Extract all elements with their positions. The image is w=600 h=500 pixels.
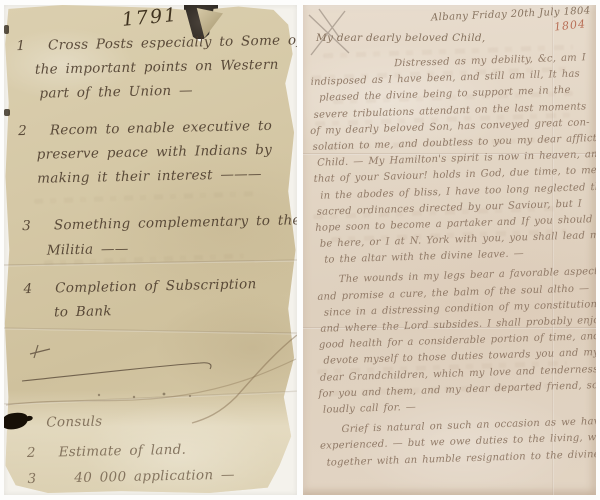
manuscript-line: 1 Cross Posts especially to Some of [16,32,297,54]
letter-body: Distressed as my debility, &c, am I indi… [308,51,596,473]
manuscript-line: Militia —— [47,241,129,259]
left-manuscript-text: 1791 1 Cross Posts especially to Some of… [4,5,297,495]
manuscript-line: the important points on Western [35,57,279,78]
manuscript-line: to Bank [54,303,112,320]
photo-collage: 1791 1 Cross Posts especially to Some of… [0,0,600,500]
manuscript-line: 2 Recom to enable executive to [18,118,272,139]
letter-salutation: My dear dearly beloved Child, [316,32,486,44]
manuscript-line: 4 Completion of Subscription [23,276,256,297]
manuscript-line: part of the Union — [39,82,193,101]
manuscript-line: preserve peace with Indians by [37,142,273,163]
manuscript-line: Consuls [46,413,102,430]
right-manuscript-photo: Albany Friday 20th July 1804 1804 My dea… [303,5,596,495]
manuscript-year: 1791 [121,5,179,31]
left-manuscript-photo: 1791 1 Cross Posts especially to Some of… [4,5,297,495]
manuscript-line: 3 40 000 application — [27,467,235,487]
manuscript-line: making it their interest ——— [37,166,262,187]
manuscript-line: 2 Estimate of land. [27,442,187,461]
manuscript-line: 3 Something complementary to the [22,212,297,234]
